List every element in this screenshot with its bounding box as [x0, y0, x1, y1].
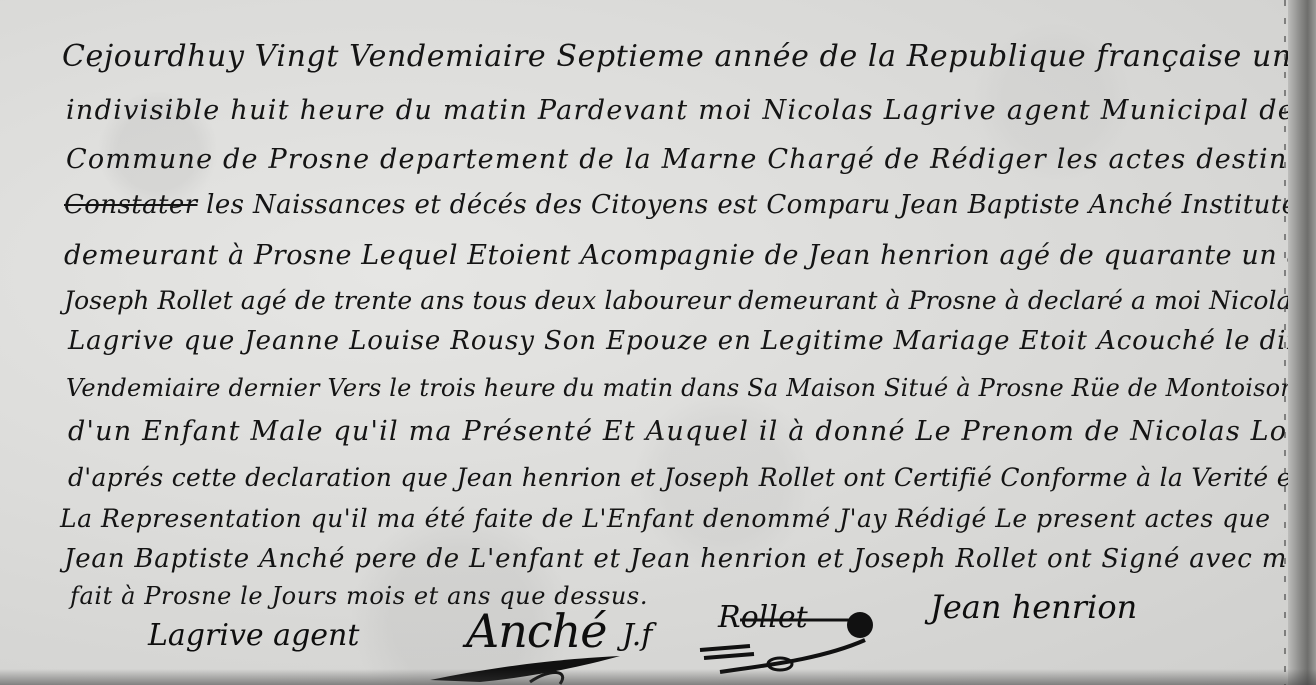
signature-rollet-paraph-icon	[680, 600, 890, 680]
record-line-9: d'un Enfant Male qu'il ma Présenté Et Au…	[68, 418, 1316, 445]
line-text: indivisible huit heure du matin Pardevan…	[66, 95, 1316, 126]
record-line-8: Vendemiaire dernier Vers le trois heure …	[66, 376, 1296, 400]
record-line-1: Cejourdhuy Vingt Vendemiaire Septieme an…	[62, 42, 1316, 72]
signature-agent-text: Lagrive agent	[148, 618, 359, 653]
register-page: Cejourdhuy Vingt Vendemiaire Septieme an…	[0, 0, 1316, 685]
line-text: Vendemiaire dernier Vers le trois heure …	[66, 374, 1296, 402]
record-line-2: indivisible huit heure du matin Pardevan…	[66, 97, 1316, 124]
line-text: Commune de Prosne departement de la Marn…	[66, 144, 1316, 175]
signature-witness-henrion: Jean henrion	[930, 588, 1137, 626]
page-bottom-shadow	[0, 669, 1316, 685]
line-text: Constater les Naissances et décés des Ci…	[64, 190, 1316, 220]
signature-agent: Lagrive agent	[148, 618, 359, 653]
line-text: Lagrive que Jeanne Louise Rousy Son Epou…	[68, 326, 1316, 356]
line-text: d'un Enfant Male qu'il ma Présenté Et Au…	[68, 416, 1316, 447]
struck-word: Constater	[64, 190, 197, 220]
record-line-11: La Representation qu'il ma été faite de …	[60, 506, 1271, 531]
record-line-10: d'aprés cette declaration que Jean henri…	[68, 465, 1302, 490]
signature-witness-henrion-text: Jean henrion	[930, 588, 1137, 626]
record-line-4: Constater les Naissances et décés des Ci…	[64, 192, 1316, 218]
line-text: La Representation qu'il ma été faite de …	[60, 504, 1271, 533]
record-line-6: Joseph Rollet agé de trente ans tous deu…	[64, 288, 1305, 313]
line-text: d'aprés cette declaration que Jean henri…	[68, 463, 1302, 492]
page-binding-edge	[1288, 0, 1316, 685]
line-text: Cejourdhuy Vingt Vendemiaire Septieme an…	[62, 39, 1316, 74]
line-text: Joseph Rollet agé de trente ans tous deu…	[64, 286, 1305, 315]
record-line-5: demeurant à Prosne Lequel Etoient Acompa…	[64, 242, 1316, 269]
binding-stitch-line	[1284, 0, 1286, 685]
line-text: demeurant à Prosne Lequel Etoient Acompa…	[64, 240, 1316, 271]
record-line-7: Lagrive que Jeanne Louise Rousy Son Epou…	[68, 328, 1316, 354]
record-line-3: Commune de Prosne departement de la Marn…	[66, 146, 1316, 173]
record-line-12: Jean Baptiste Anché pere de L'enfant et …	[64, 546, 1313, 572]
line-text: Jean Baptiste Anché pere de L'enfant et …	[64, 544, 1313, 574]
